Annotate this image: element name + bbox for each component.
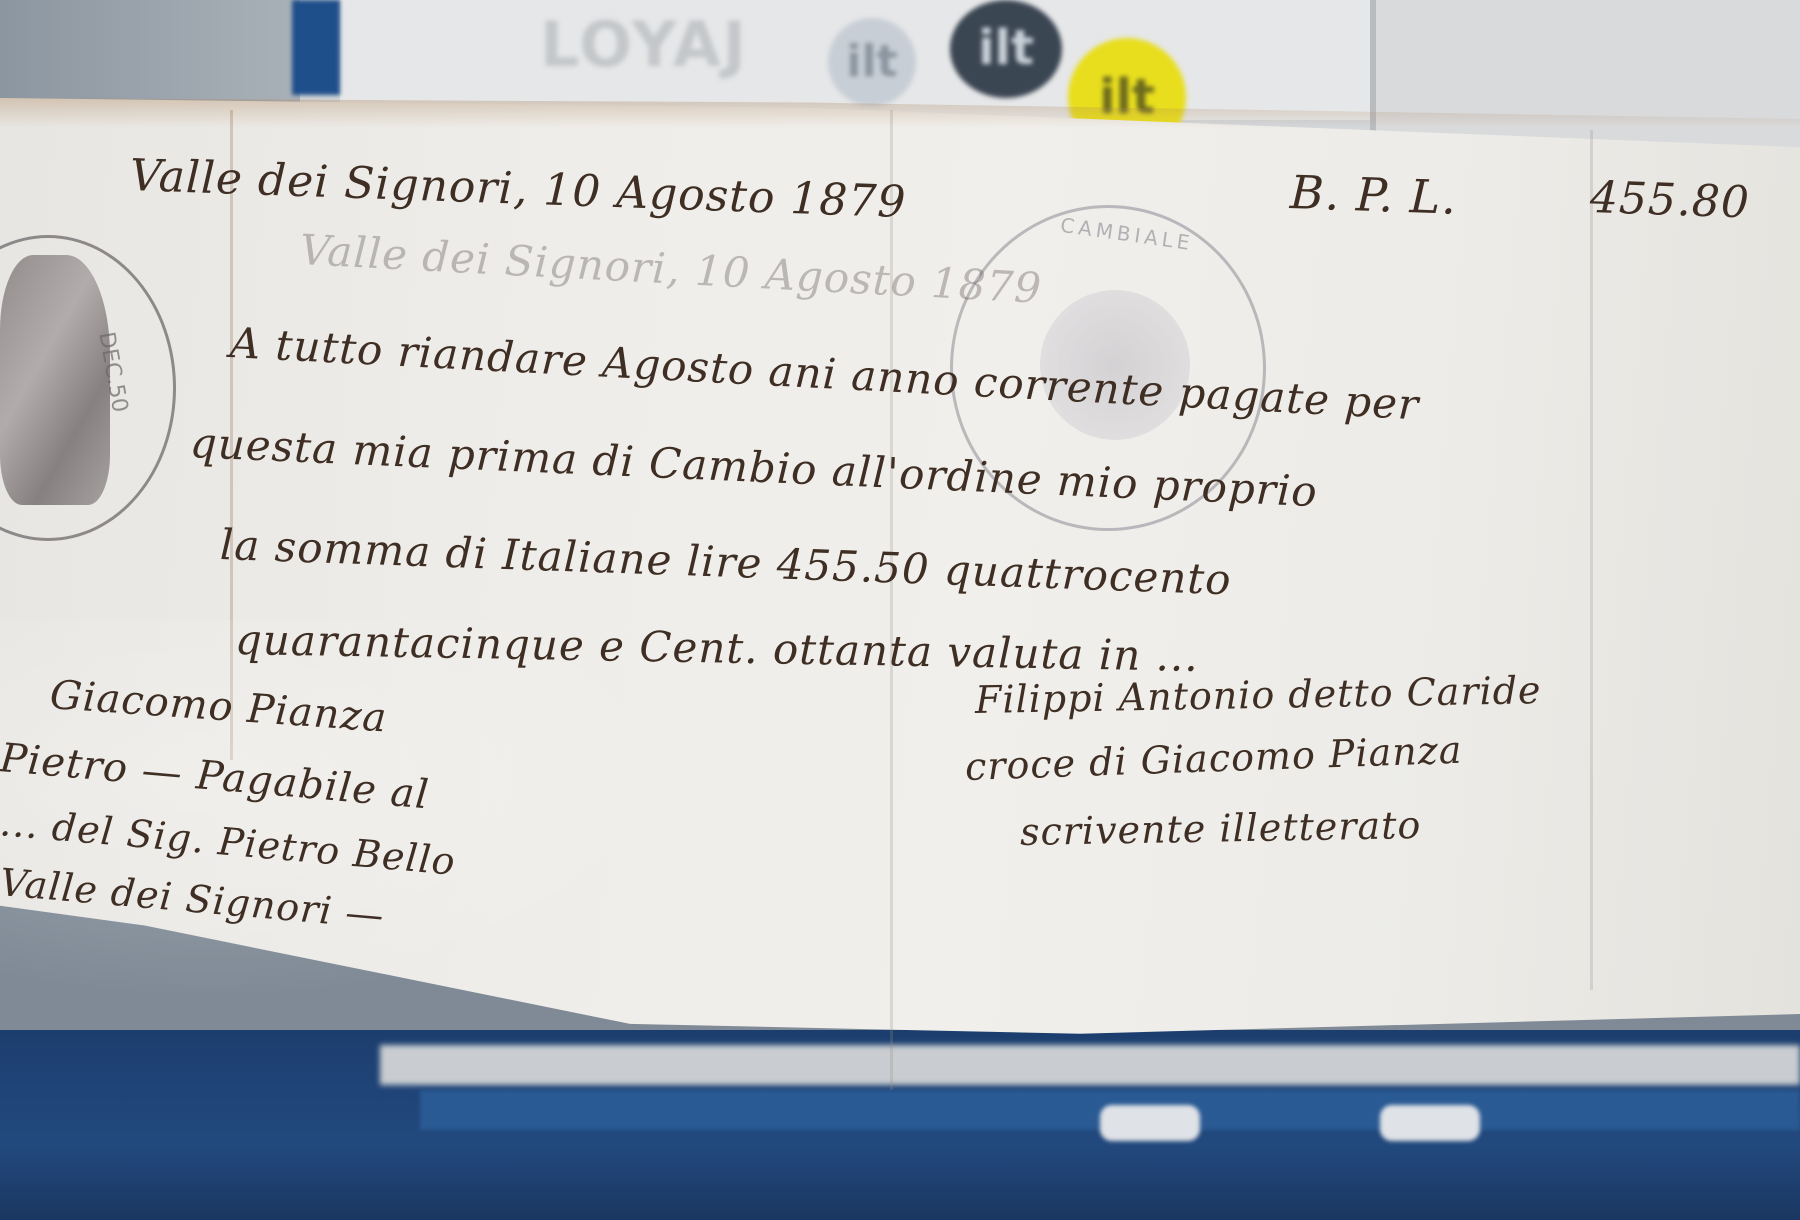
logo-badge-dark: ilt [950,0,1062,98]
shelf-edge [380,1045,1800,1085]
header-amount-label: B. P. L. [1289,165,1458,225]
right-block-line-3: scrivente illetterato [1020,803,1422,854]
logo-badge-light: ilt [828,18,916,106]
paper-fold [1590,130,1593,990]
logo-text: LOYAJ [540,8,748,81]
shelf-peg [1380,1105,1480,1141]
header-amount: 455.80 [1589,172,1751,229]
shelf-peg [1100,1105,1200,1141]
blue-post [292,0,340,95]
